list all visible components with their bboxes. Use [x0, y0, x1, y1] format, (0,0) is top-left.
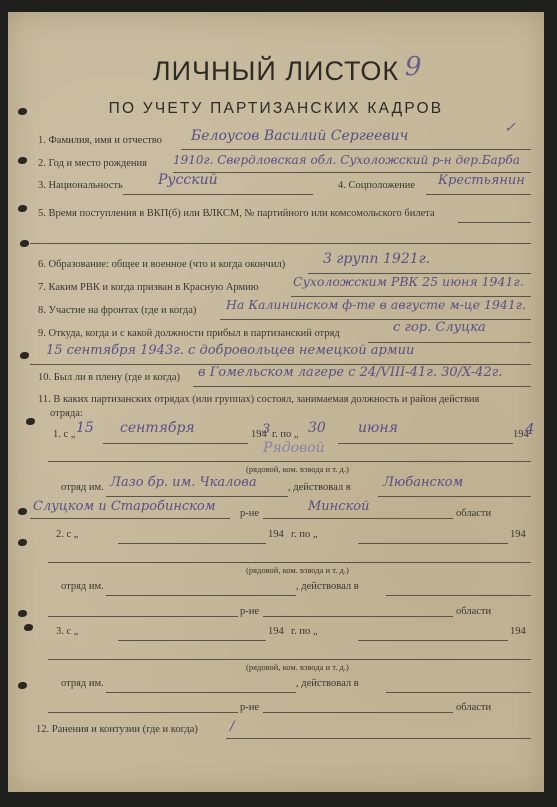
entry-2-position-hint: (рядовой, ком. взвода и т. д.)	[246, 565, 349, 575]
field-5-line	[458, 222, 531, 223]
field-9-value-1: с гор. Слуцка	[393, 320, 486, 335]
field-6-label: 6. Образование: общее и военное (что и к…	[38, 259, 285, 270]
entry-2-region-label: области	[456, 606, 491, 617]
entry-1-to-line	[338, 443, 513, 444]
entry-2-region-line	[263, 616, 453, 617]
entry-2-to-label: г. по „	[291, 529, 318, 540]
entry-1-region-line	[263, 518, 453, 519]
entry-1-acted-in: Любанском	[383, 475, 463, 490]
document-subtitle: ПО УЧЕТУ ПАРТИЗАНСКИХ КАДРОВ	[8, 100, 544, 118]
punch-hole-icon	[18, 682, 27, 689]
entry-1-from-day: 15	[76, 420, 94, 436]
entry-1-position-line	[48, 461, 531, 462]
entry-1-from-month: сентября	[120, 420, 195, 436]
entry-1-district-line	[30, 518, 230, 519]
entry-2-acted-line	[386, 595, 531, 596]
field-11-label: 11. В каких партизанских отрядах (или гр…	[38, 394, 479, 405]
punch-hole-icon	[20, 352, 29, 359]
field-10-label: 10. Был ли в плену (где и когда)	[38, 372, 180, 383]
field-1-label: 1. Фамилия, имя и отчество	[38, 135, 162, 146]
field-9-label: 9. Откуда, когда и с какой должности при…	[38, 328, 340, 339]
punch-hole-icon	[18, 205, 27, 212]
field-10-line	[193, 386, 531, 387]
entry-2-district-line	[48, 616, 238, 617]
field-7-label: 7. Каким РВК и когда призван в Красную А…	[38, 282, 259, 293]
entry-2-acted-label: , действовал в	[296, 581, 359, 592]
sheet-number: 9	[405, 52, 422, 82]
field-4-label: 4. Соцположение	[338, 180, 415, 191]
field-8-label: 8. Участие на фронтах (где и когда)	[38, 305, 196, 316]
punch-hole-icon	[24, 624, 33, 631]
entry-1-to-label: г. по „	[272, 429, 299, 440]
field-12-label: 12. Ранения и контузии (где и когда)	[36, 724, 198, 735]
punch-hole-icon	[18, 610, 27, 617]
field-3-value: Русский	[158, 172, 218, 188]
entry-1-to-year-digit: 4	[525, 420, 535, 438]
field-2-label: 2. Год и место рождения	[38, 158, 147, 169]
field-12-line	[226, 738, 531, 739]
entry-1-to-day: 30	[308, 420, 326, 436]
entry-2-to-line	[358, 543, 508, 544]
entry-1-detachment-label: отряд им.	[61, 482, 104, 493]
punch-hole-icon	[20, 240, 29, 247]
entry-3-detachment-line	[106, 692, 296, 693]
entry-1-position: Рядовой	[263, 440, 325, 456]
punch-hole-icon	[18, 539, 27, 546]
field-1-value: Белоусов Василий Сергеевич	[191, 128, 408, 144]
entry-1-num: 1. с „	[53, 429, 75, 440]
entry-1-acted-line	[378, 496, 531, 497]
entry-1-region-label: области	[456, 508, 491, 519]
entry-3-from-line	[118, 640, 266, 641]
punch-hole-icon	[18, 157, 27, 164]
entry-3-position-hint: (рядовой, ком. взвода и т. д.)	[246, 662, 349, 672]
field-11-label-2: отряда:	[50, 408, 83, 419]
entry-1-detachment-line	[106, 496, 288, 497]
field-3-label: 3. Национальность	[38, 180, 123, 191]
field-12-value: /	[230, 719, 234, 734]
field-1-line	[181, 149, 531, 150]
entry-1-to-month: июня	[358, 420, 398, 436]
field-5-label: 5. Время поступления в ВКП(б) или ВЛКСМ,…	[38, 208, 435, 219]
document-page: ЛИЧНЫЙ ЛИСТОК 9 ПО УЧЕТУ ПАРТИЗАНСКИХ КА…	[8, 12, 544, 792]
entry-2-detachment-label: отряд им.	[61, 581, 104, 592]
field-9-value-2: 15 сентября 1943г. с добровольцев немецк…	[46, 343, 414, 358]
punch-hole-icon	[18, 108, 27, 115]
field-4-line	[426, 194, 531, 195]
field-4-value: Крестьянин	[438, 173, 525, 188]
entry-3-acted-line	[386, 692, 531, 693]
entry-3-region-line	[263, 712, 453, 713]
entry-2-district-label: р-не	[240, 606, 259, 617]
entry-3-num: 3. с „	[56, 626, 78, 637]
check-mark-icon: ✓	[504, 120, 516, 136]
entry-3-district-label: р-не	[240, 702, 259, 713]
entry-3-to-label: г. по „	[291, 626, 318, 637]
entry-3-position-line	[48, 659, 531, 660]
entry-1-acted-label: , действовал в	[288, 482, 351, 493]
field-6-value: 3 групп 1921г.	[323, 251, 430, 267]
entry-1-detachment: Лазо бр. им. Чкалова	[110, 475, 257, 490]
entry-2-to-year: 194	[510, 529, 526, 540]
entry-2-detachment-line	[106, 595, 296, 596]
entry-3-to-year: 194	[510, 626, 526, 637]
entry-2-from-year: 194	[268, 529, 284, 540]
entry-3-district-line	[48, 712, 238, 713]
entry-1-position-hint: (рядовой, ком. взвода и т. д.)	[246, 464, 349, 474]
entry-3-detachment-label: отряд им.	[61, 678, 104, 689]
entry-1-from-year-digit: 3	[262, 422, 270, 437]
field-8-value: На Калининском ф-те в августе м-це 1941г…	[226, 297, 526, 312]
entry-1-district: Слуцком и Старобинском	[33, 499, 216, 514]
field-3-line	[123, 194, 313, 195]
entry-1-district-label: р-не	[240, 508, 259, 519]
entry-1-region: Минской	[308, 499, 370, 514]
entry-1-from-line	[103, 443, 248, 444]
entry-2-from-line	[118, 543, 266, 544]
entry-2-num: 2. с „	[56, 529, 78, 540]
document-title: ЛИЧНЫЙ ЛИСТОК	[8, 56, 544, 87]
field-5-line-2	[30, 243, 531, 244]
entry-3-from-year: 194	[268, 626, 284, 637]
punch-hole-icon	[26, 418, 35, 425]
field-10-value: в Гомельском лагере с 24/VIII-41г. 30/X-…	[198, 365, 502, 380]
entry-3-to-line	[358, 640, 508, 641]
entry-3-region-label: области	[456, 702, 491, 713]
field-2-value: 1910г. Свердловская обл. Сухоложский р-н…	[173, 153, 520, 167]
field-7-value: Сухоложским РВК 25 июня 1941г.	[293, 274, 524, 289]
entry-2-position-line	[48, 562, 531, 563]
punch-hole-icon	[18, 508, 27, 515]
entry-3-acted-label: , действовал в	[296, 678, 359, 689]
